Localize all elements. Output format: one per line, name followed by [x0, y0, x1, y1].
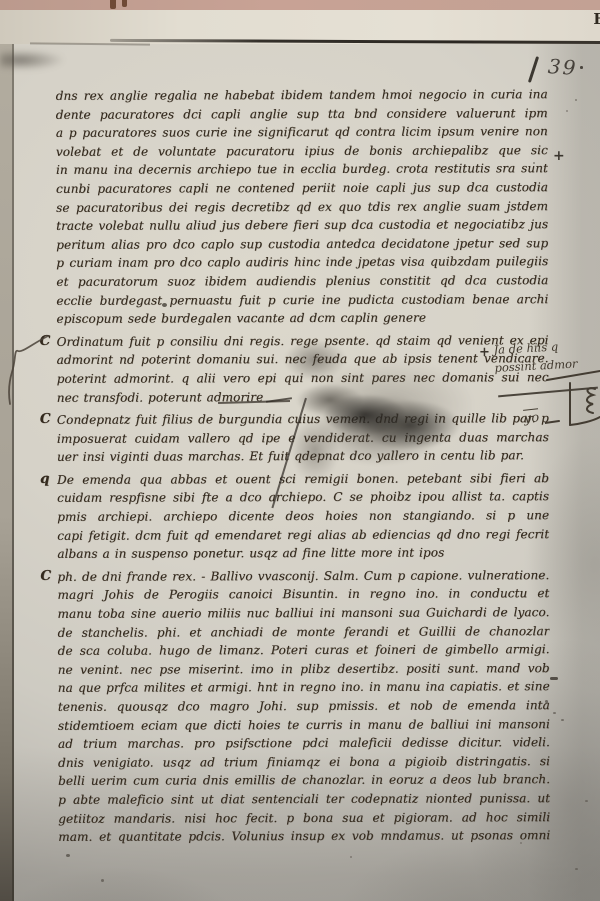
ink-speck — [540, 760, 543, 762]
manuscript-line: Ordinatum fuit p consiliu dni regis. reg… — [57, 331, 549, 351]
manuscript-paragraph: qDe emenda qua abbas et ouent sci remigi… — [57, 469, 549, 564]
ink-speck — [553, 712, 556, 714]
top-tab — [110, 0, 116, 9]
manuscript-line: peritum alias pro dco caplo sup custodia… — [56, 234, 548, 254]
manuscript-line: belli uerim cum curia dnis emillis de ch… — [58, 771, 550, 791]
manuscript-line: p curiam inam pro dco caplo audiris hinc… — [56, 252, 548, 272]
manuscript-line: et pacuratorum suoz ibidem audiendis ple… — [56, 271, 548, 291]
ink-speck — [575, 868, 578, 870]
ink-speck — [162, 303, 167, 307]
manuscript-line: in manu ina decernis archiepo tue in ecc… — [56, 160, 548, 180]
manuscript-line: se pacuratoribus dei regis decretibz qd … — [56, 197, 548, 217]
manuscript-line: episcopum sede burdegalen vacante ad dcm… — [56, 308, 548, 328]
manuscript-line: manu toba sine auerio miliis nuc balliui… — [57, 603, 549, 623]
manuscript-line: albans a in suspenso ponetur. usqz ad fi… — [57, 543, 549, 563]
ink-speck — [561, 719, 564, 721]
manuscript-line: cuidam respfisne sibi fte a dco archiepo… — [57, 488, 549, 508]
manuscript-line: de stanchelis. phi. et anchiadi de monte… — [58, 622, 550, 642]
manuscript-line: ecclie burdegast pernuastu fuit p curie … — [56, 290, 548, 310]
manuscript-line: tracte volebat nullu aliud jus debere fi… — [56, 215, 548, 235]
manuscript-line: uer insi viginti duas marchas. Et fuit q… — [57, 446, 549, 466]
manuscript-paragraph: Cph. de dni frande rex. - Ballivo vvasco… — [57, 566, 550, 847]
manuscript-line: capi fetigit. dcm fuit qd emendaret regi… — [57, 525, 549, 545]
ink-speck — [550, 677, 558, 680]
manuscript-line: De emenda qua abbas et ouent sci remigii… — [57, 469, 549, 489]
manuscript-line: ph. de dni frande rex. - Ballivo vvascon… — [57, 566, 549, 586]
top-left-shadow — [0, 46, 90, 76]
gutter-edge-line — [12, 44, 14, 901]
note-cross-icon: + — [479, 345, 490, 360]
ink-speck — [575, 99, 577, 101]
manuscript-line: na que prfca milites et armigi. hnt in r… — [58, 678, 550, 698]
folio-number: 39 — [547, 54, 578, 80]
manuscript-line: dnis venigiato. usqz ad trium finiamqz e… — [58, 752, 550, 772]
manuscript-line: mam. et quantitate pdcis. Volunius insup… — [58, 826, 550, 846]
manuscript-line: a p pacuratores suos curie ine significa… — [56, 122, 548, 142]
manuscript-paragraph: CCondepnatz fuit filius de burgundia cui… — [57, 409, 549, 466]
manuscript-line: imposuerat cuidam vallero qd ipe e vendi… — [57, 428, 549, 448]
ink-speck — [101, 879, 104, 882]
manuscript-line: tenenis. quousqz dco magro Johi. sup pmi… — [58, 696, 550, 716]
paragraph-mark: C — [40, 411, 51, 427]
text-block: dns rex anglie regalia ne habebat ibidem… — [56, 85, 551, 846]
manuscript-line: poterint admorint. q alii vero epi qui n… — [57, 368, 549, 388]
manuscript-line: ne venint. nec pse miserint. imo in plib… — [58, 659, 550, 679]
manuscript-line: ad trium marchas. pro psifsctione pdci m… — [58, 733, 550, 753]
manuscript-line: p abte maleficio sint ut diat sentencial… — [58, 789, 550, 809]
manuscript-line: stidemtioem eciam que dicti hoies te cur… — [58, 715, 550, 735]
manuscript-line: getiitoz mandaris. nisi hoc fecit. p bon… — [58, 808, 550, 828]
corner-letter-fragment: F — [593, 10, 600, 28]
manuscript-line: dente pacuratores dci capli anglie sup t… — [56, 104, 548, 124]
margin-squiggle-icon — [2, 330, 52, 408]
ink-speck — [545, 700, 548, 703]
folio-dot — [580, 66, 583, 69]
ink-speck — [350, 856, 352, 858]
ink-speck — [66, 854, 70, 857]
ink-speck — [585, 800, 588, 802]
manuscript-paragraph: COrdinatum fuit p consiliu dni regis. re… — [57, 331, 549, 407]
manuscript-line: dns rex anglie regalia ne habebat ibidem… — [56, 85, 548, 105]
manuscript-line: pmis archiepi. archiepo dicente deos hoi… — [57, 506, 549, 526]
margin-cross-icon: + — [553, 148, 565, 164]
ink-speck — [566, 110, 568, 112]
ink-speck — [520, 842, 522, 844]
ink-speck — [533, 162, 535, 164]
manuscript-line: volebat et de voluntate pacuratoru ipius… — [56, 141, 548, 161]
paragraph-mark: q — [40, 471, 50, 487]
top-tab — [122, 0, 127, 7]
manuscript-line: cunbi pacuratores capli ne contened peri… — [56, 178, 548, 198]
manuscript-line: de sca coluba. hugo de limanz. Poteri cu… — [58, 640, 550, 660]
paragraph-mark: C — [40, 568, 51, 584]
background-band — [0, 0, 600, 10]
manuscript-line: Condepnatz fuit filius de burgundia cuiu… — [57, 409, 549, 429]
manuscript-line: magri Johis de Perogiis canoici Bisuntin… — [57, 585, 549, 605]
flourish-mark: yo — [523, 410, 540, 427]
manuscript-line: admorint nd poterint domaniu sui. nec fe… — [57, 349, 549, 369]
manicula-icon — [545, 355, 600, 445]
manuscript-photo: 39 F dns rex anglie regalia ne habebat i… — [0, 0, 600, 901]
manuscript-paragraph: dns rex anglie regalia ne habebat ibidem… — [56, 85, 549, 328]
